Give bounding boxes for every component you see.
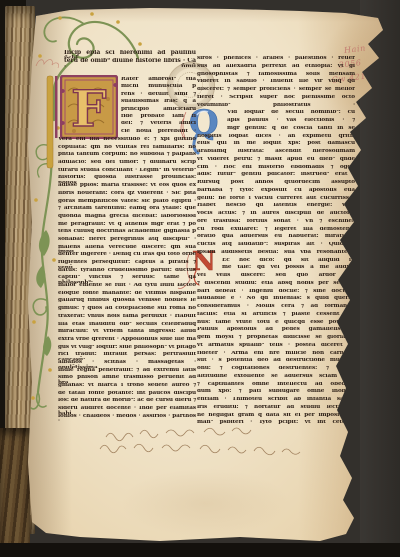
text-line: Rater ambrosi⁹ tua: [121, 77, 196, 84]
text-line: miraculū: vt vrbem tantā ingressi: aliud: [58, 329, 196, 337]
text-line: principio amiciciarū: [121, 107, 196, 114]
text-line: sus ad allexādriā perrexit ad ethiopiā: …: [197, 64, 355, 72]
text-line: bari debeat · Ingeniū docile: ⁊ sine doc…: [197, 289, 355, 297]
text-line: gnosophistas ⁊ famosissimā solis mensam: [197, 72, 355, 80]
text-line: goras memphiticos vates: sic plato egipt…: [58, 199, 196, 207]
text-line: ne negligat grām q̄ data sit ei per impo…: [197, 413, 355, 421]
text-line: Rursūq̄ post annos q̄tuordecim assūpto: [197, 180, 355, 188]
text-line: ⁊ captiuantes omnē intellectū ad obediēn: [197, 382, 355, 390]
text-line: los: de natura de morib⁹: ac de cursu di…: [58, 398, 196, 406]
illuminated-initial-F: F: [60, 75, 118, 139]
text-line: datus: tyranno crudelissimo paruit: duct…: [58, 268, 196, 276]
vine-leaves-icon: [36, 230, 51, 356]
book-page-photo: { "photo": { "description": "Incunabulum…: [0, 0, 400, 557]
text-line: vt armatus spūalib⁹ telis · postea dicer…: [197, 343, 355, 351]
text-line: eloq̄tie fonte manantē: de vltimis hispa…: [58, 291, 196, 299]
text-line: fugientes persequitur: captus a piratis …: [58, 260, 196, 268]
text-line: cie noua p̄ferebant ·: [121, 129, 196, 136]
text-line: siros · phenices · arabes · palestinos ·…: [197, 56, 355, 64]
text-line: eius qui in me loquit̄ xp̄s: post damasc…: [197, 141, 355, 149]
text-line: fide probate iam fi: [121, 114, 196, 121]
text-line: dum xp̄o: ⁊ pati subiugare omnē inobedi: [197, 389, 355, 397]
text-line: maior emente se fuit · Ad tytū liuiū lac…: [58, 283, 196, 291]
text-line: oratio quā aduersus eū habuerat: mirātib…: [197, 234, 355, 242]
right-column-segment-3: Ec hoc dico: qd̄ sit aliquid inme tale: …: [197, 258, 355, 429]
text-line: gimus: ⁊ quos ad cōtēplacionē sui roma n…: [58, 306, 196, 314]
text-line: geliū: ne forte ī vacuū curreret aut cuc…: [197, 196, 355, 204]
text-line: simo phison amne trāsmisso peruenit ad b…: [58, 375, 196, 383]
text-line: lonios · chaldeos · medos · assirios · p…: [58, 414, 196, 422]
text-line: laudabile ē · Nō qd̄ inuenias: s̄ quid q…: [197, 296, 355, 304]
text-line: voluminib⁹ philostratus ·: [197, 103, 355, 111]
text-line: cūctis atq̄ laudātib⁹: suspirās ait · Qu…: [197, 242, 355, 250]
text-line: gem moysi ⁊ prophetas didicisse se glori…: [197, 335, 355, 343]
text-line: de tātali fonte potantē: int̄ paucos dis…: [58, 391, 196, 399]
text-line: historiis: quosdā lustrasse prouincias: …: [58, 175, 196, 183]
text-line: ⁊ discendi studiū: etiā absq̄ nobis per …: [197, 281, 355, 289]
text-line: gus vt vulg⁹ loq̄tur: siue philosoph⁹ vt…: [58, 345, 196, 353]
text-line: Paulus apostolus ad pedes gamalielis le: [197, 327, 355, 335]
text-line: indie regna penetrauit: ⁊ ad extremū lat…: [58, 368, 196, 376]
text-line: hospitis loq̄bat̄ dicēs · an expimētū q̄…: [197, 134, 355, 142]
text-line: Vid loquar de seculi hominib⁹: cū: [197, 110, 355, 118]
text-line: altitudinē extollentē se aduersus sciam …: [197, 374, 355, 382]
text-line: terū de om̄ib⁹ diuine historie libris · …: [64, 58, 196, 66]
left-column-body: Vera eni illa necessitudo ē: ⁊ xp̄i glut…: [58, 137, 196, 421]
text-line: videret in sabulo · Inuenit ille vir vbi…: [197, 79, 355, 87]
text-line: illa etas inauditū oīb⁹ seculis celebrād…: [58, 322, 196, 330]
text-line: consideramus · Mollis cera ⁊ ad formandū: [197, 304, 355, 312]
text-line: sonabat̄: fieret peregrinus atq̄ discipu…: [58, 237, 196, 245]
text-line: ⁊ architam tarentinū: eamq̄ orā ytalie: …: [58, 206, 196, 214]
text-line: Incip̄ epl̄a sc̄i hieronimi ad paulinū p…: [64, 50, 196, 58]
text-line: sūt · s̄ potentia deo ad destructionē mu…: [197, 358, 355, 366]
text-line: lr̄is eruditū: ⁊ hortatur ad studiū lect…: [197, 405, 355, 413]
text-line: adisse pplōs: maria trāsisse: vt eos quo…: [58, 183, 196, 191]
text-line: onū: ⁊ cogitationes destruentes: ⁊ omnē: [197, 366, 355, 374]
text-line: michi munuscula p̄: [121, 84, 196, 91]
text-line: vel velis discere: sed quo ardor tu⁹: [197, 273, 355, 281]
text-line: albanos · scithas · massagetas · opulēti…: [58, 360, 196, 368]
text-line: libris nouerant: corā q̄z viderent · Sic…: [58, 191, 196, 199]
text-line: tens cuiusq̄ doctrinas achademie gignasi…: [58, 229, 196, 237]
text-line: rici tradūt: intrauit persas: pertrāsiui…: [58, 352, 196, 360]
text-line: pn̄tia tantum corpum̄: nō subdola ⁊ palp…: [58, 152, 196, 160]
text-line: rens · detulit simł ⁊: [121, 92, 196, 99]
text-line: adulacio: sed dei timor: ⁊ diuinarū scri…: [58, 160, 196, 168]
manuscript-page: Hain 3056 Gw 4218 Incip̄ epl̄a sc̄i hier…: [0, 0, 400, 557]
text-line: Vera eni illa necessitudo ē: ⁊ xp̄i glut…: [58, 137, 196, 145]
top-edge-toning: [0, 0, 400, 22]
text-line: ipsam audissetis bestiā: sua vba resonan…: [197, 250, 355, 258]
text-line: fieret · Scripsit super hoc plenissime o…: [197, 95, 355, 103]
text-line: ore trāsfusa: fortius sonat · Vn̄ ⁊ esch…: [197, 219, 355, 227]
text-line: turarū studia conciliant · Legim⁹ in vet…: [58, 168, 196, 176]
text-line: denter ingerere · Deniq̄ cū lr̄as q̄si t…: [58, 252, 196, 260]
text-line: quondā magna grecia dicebat̄: laboriosis…: [58, 214, 196, 222]
initial-F-letter: F: [71, 79, 107, 138]
text-line: Habet nescio q̄d latentis energie: viue: [197, 203, 355, 211]
text-line: barnaba ⁊ tyto: exposuit cū apostolis eu…: [197, 188, 355, 196]
text-line: copulata: q̄m nō vtilitas rei familiaris…: [58, 145, 196, 153]
text-line: malens aliena verecūde discere: q̄m sua …: [58, 245, 196, 253]
text-line: suauissimas lr̄as: q̄ a: [121, 99, 196, 106]
left-column-beside-initial: Rater ambrosi⁹ tuamichi munuscula p̄rens…: [121, 77, 196, 136]
text-line: man⁹ p̄sbiteri · Tyto p̄cipit: vt int̄ c…: [197, 420, 355, 428]
right-column-segment-1: siros · phenices · arabes · palestinos ·…: [197, 56, 355, 110]
text-line: dei: ⁊ veteris amici: [121, 121, 196, 128]
bottom-stain: [120, 468, 290, 538]
text-line: mḡr gentiū: q̄ de cōscīa tanti in se: [197, 126, 355, 134]
text-line: gmanas: vt hiarcā i trono sedētē aureo ⁊: [58, 383, 196, 391]
text-line: apl̄s paulus · vas electionis · ⁊: [197, 118, 355, 126]
right-column-segment-2: Vid loquar de seculi hominib⁹: cūapl̄s p…: [197, 110, 355, 257]
maroon-bar-border: [55, 76, 58, 138]
text-line: me peragrauit: vt q̄ athenis mḡr erat ⁊ …: [58, 222, 196, 230]
gold-bar-border: [47, 76, 53, 168]
text-line: traxerat: vnius hoīs fama perduxit · Hab…: [58, 314, 196, 322]
text-line: facilis: etiā si artificis ⁊ plaste cess…: [197, 312, 355, 320]
text-line: me tale: qd̄ vel possis a me audire: [197, 265, 355, 273]
wooden-board-corner: [0, 428, 30, 557]
right-column-body: siros · phenices · arabes · palestinos ·…: [197, 56, 355, 428]
text-line: gallarūq̄ finibus quosdā venisse nobiles…: [58, 298, 196, 306]
text-line: cū rodi exularet: ⁊ legeret̄ illa demost…: [197, 227, 355, 235]
text-line: fidēter · Arma eni nr̄e milicie non carn…: [197, 351, 355, 359]
text-line: cim · Hoc eni misterio ebdomadis ⁊ ogdo: [197, 165, 355, 173]
text-line: entiam · Thimoteū scribit ab infantia sa…: [197, 397, 355, 405]
text-line: arabiamq̄ lustratā: ascendit hierosolima…: [197, 149, 355, 157]
text-line: captiu⁹ vinctus ⁊ seruus: tamē q̄a philo…: [58, 275, 196, 283]
text-line: nus: tamē vtute totū ē quicq̄d esse pote…: [197, 320, 355, 328]
background-bottom-dark: [0, 543, 400, 557]
text-line: adis: futur⁹ gentiū p̄dicator: instruēd⁹…: [197, 172, 355, 180]
text-line: Ec hoc dico: qd̄ sit aliquid in: [197, 258, 355, 266]
incipit-lines: Incip̄ epl̄a sc̄i hieronimi ad paulinū p…: [64, 50, 196, 67]
handwritten-inscription: [100, 428, 300, 455]
text-line: siderū audiret docentē · Inde per elamit…: [58, 406, 196, 414]
text-line: vt videret petrū: ⁊ māsit apud eū dieb⁹ …: [197, 157, 355, 165]
text-line: vocis actus: ⁊ in aures discipuli de auc…: [197, 211, 355, 219]
text-line: disceret: ⁊ semper proficiens · semper s…: [197, 87, 355, 95]
text-line: extra vrbē q̄rerent · Appollonius siue i…: [58, 337, 196, 345]
